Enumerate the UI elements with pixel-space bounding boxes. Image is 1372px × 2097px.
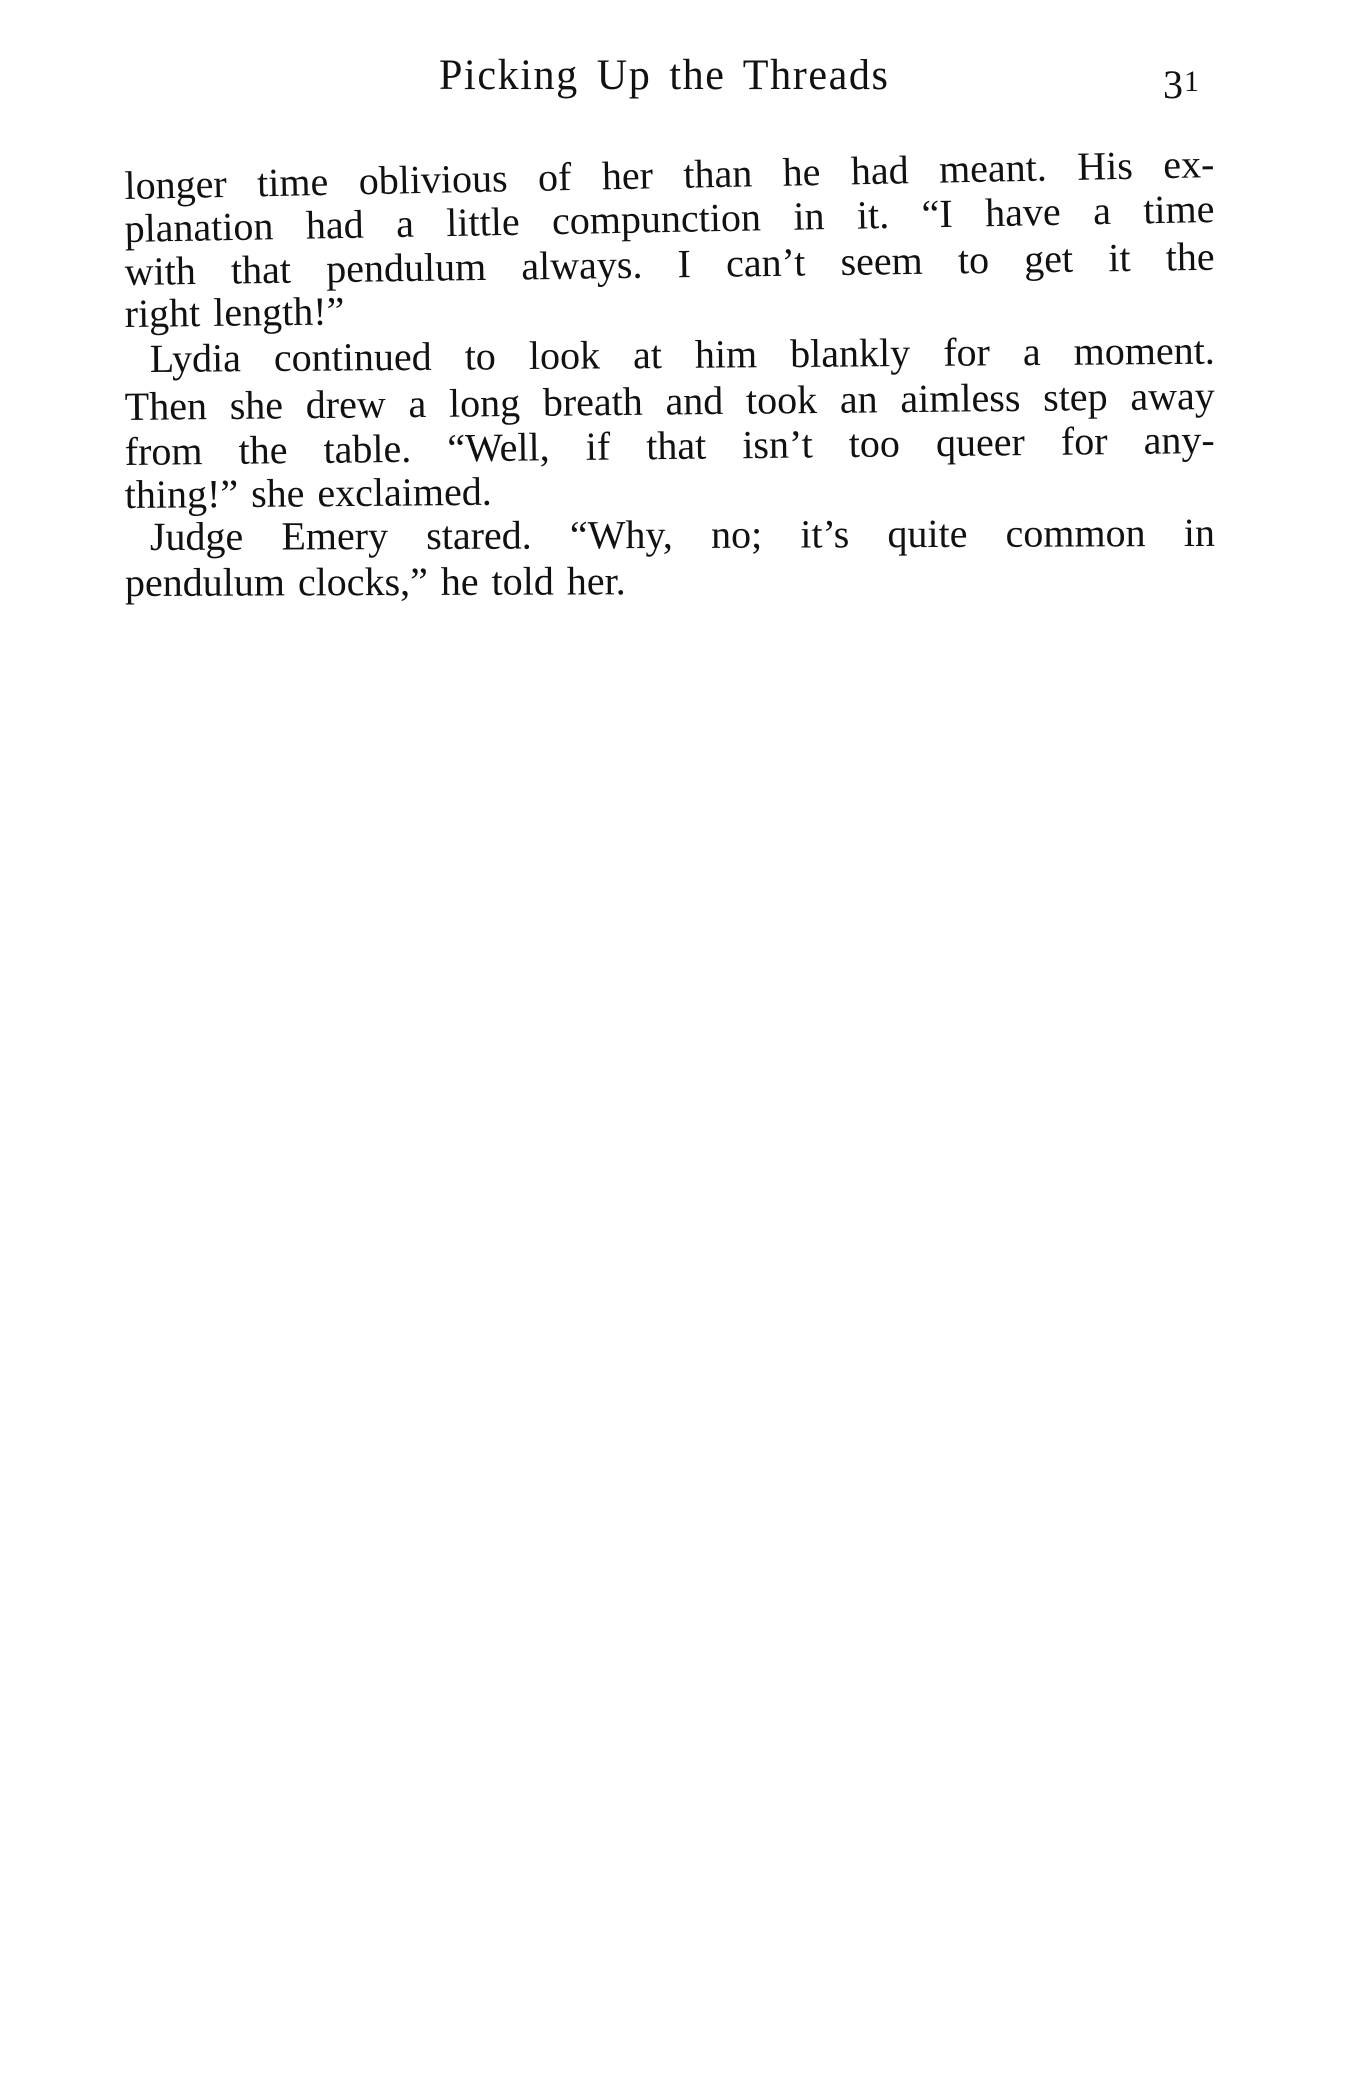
body-text: longer time oblivious of her than he had… bbox=[0, 0, 1372, 700]
text-line: Judge Emery stared. “Why, no; it’s quite… bbox=[150, 510, 1215, 560]
text-line: pendulum clocks,” he told her. bbox=[125, 556, 1215, 606]
book-page: Picking Up the Threads 31 longer time ob… bbox=[0, 0, 1372, 2097]
